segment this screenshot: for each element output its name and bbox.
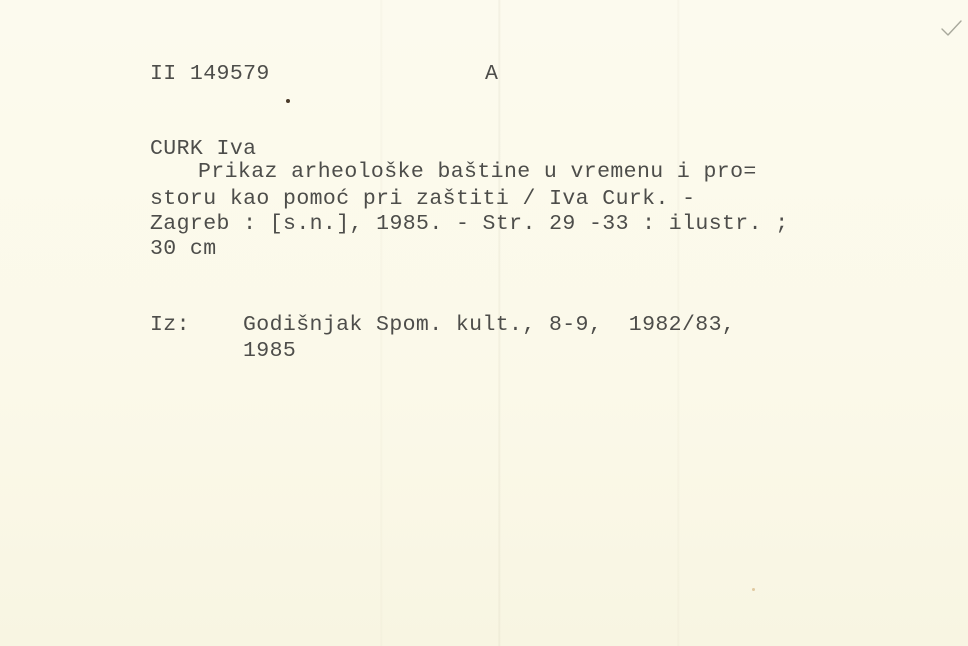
author-heading: CURK Iva [150, 138, 256, 160]
source-line-2: 1985 [243, 340, 296, 362]
ink-dot [286, 99, 290, 103]
source-label: Iz: [150, 314, 190, 336]
call-number: II 149579 [150, 63, 270, 85]
check-icon [940, 20, 962, 38]
catalog-card: II 149579 A CURK Iva Prikaz arheološke b… [0, 0, 968, 646]
source-line-1: Godišnjak Spom. kult., 8-9, 1982/83, [243, 314, 735, 336]
location-code: A [485, 63, 498, 85]
imprint-line: Zagreb : [s.n.], 1985. - Str. 29 -33 : i… [150, 213, 789, 235]
paper-speck [752, 588, 755, 591]
title-line-2: storu kao pomoć pri zaštiti / Iva Curk. … [150, 188, 695, 210]
title-line-1: Prikaz arheološke baštine u vremenu i pr… [198, 161, 757, 183]
dimensions-line: 30 cm [150, 238, 217, 260]
